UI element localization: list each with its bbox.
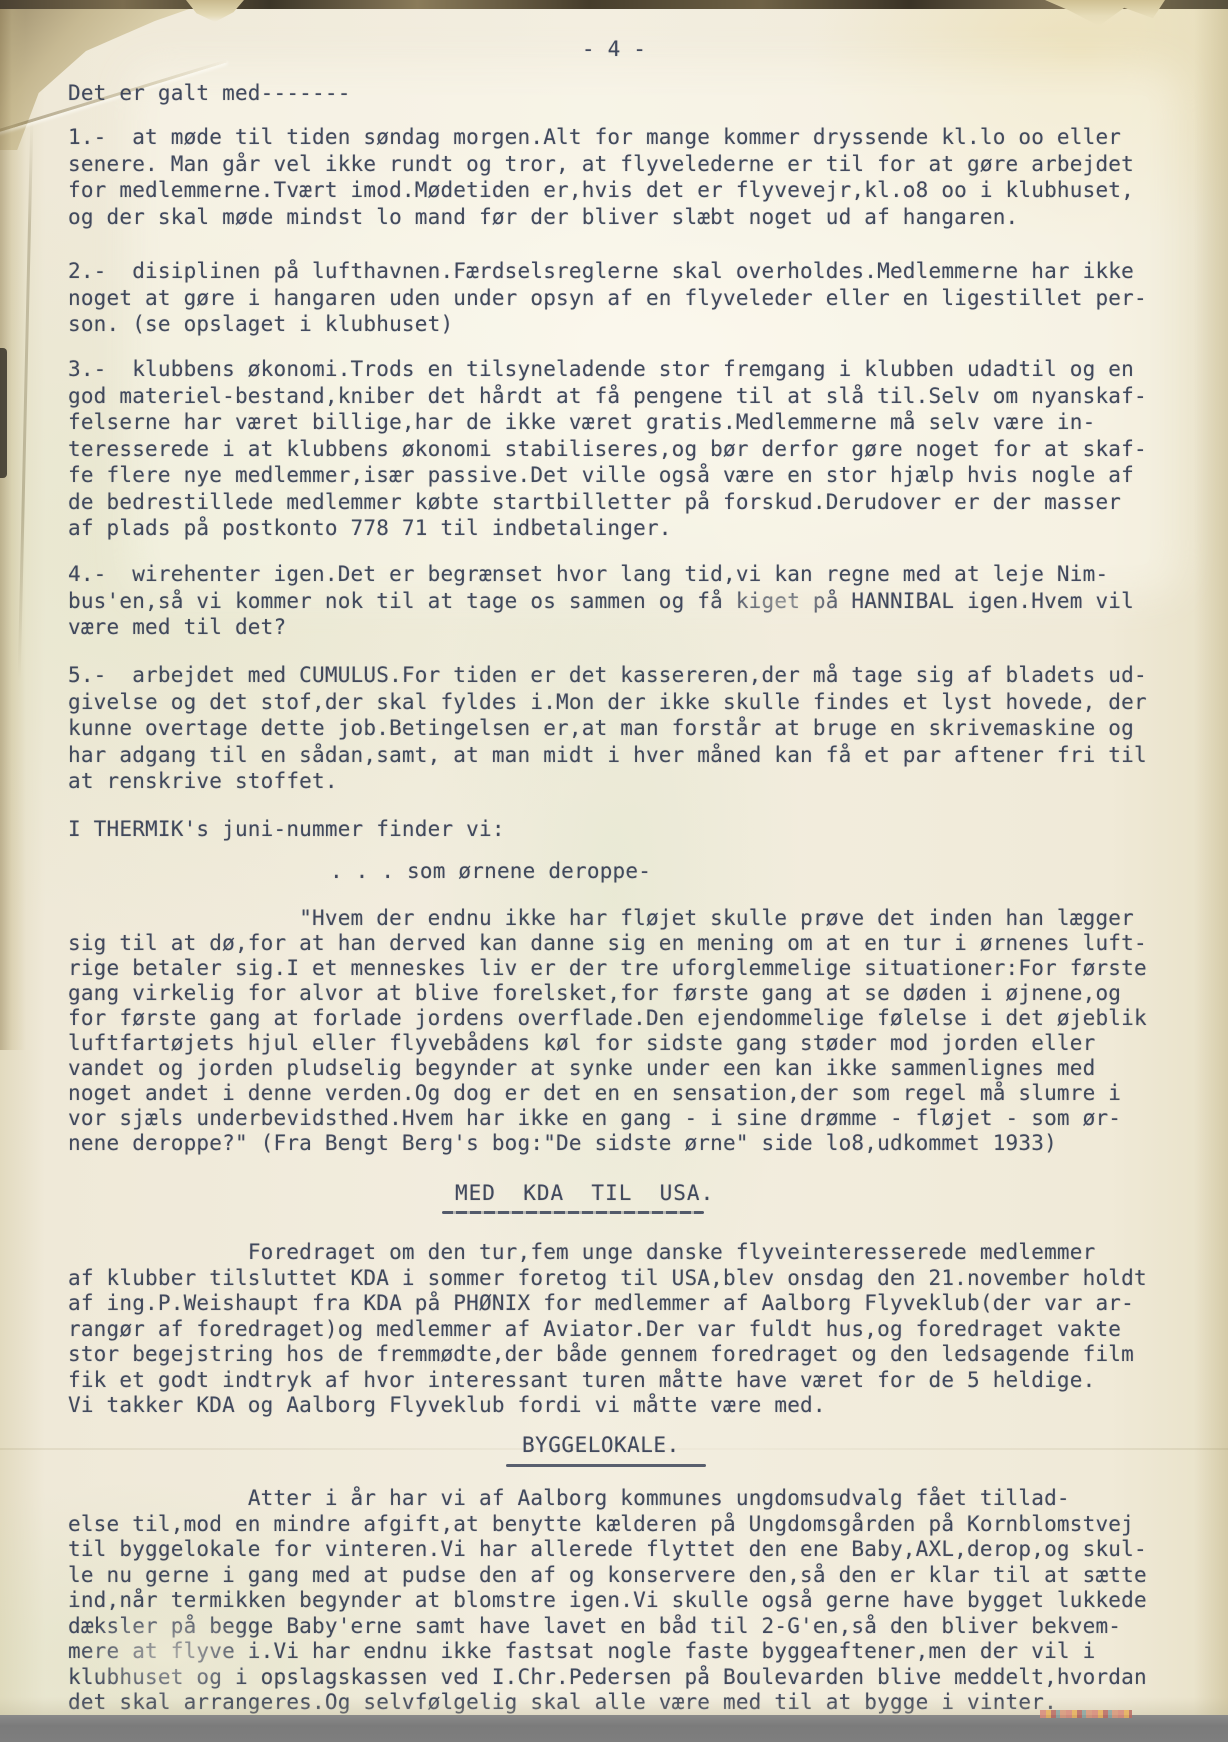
section-body-kda: Foredraget om den tur,fem unge danske fl… [68, 1240, 1208, 1419]
quote-title: . . . som ørnene deroppe- [330, 858, 1228, 885]
page-number: - 4 - [0, 36, 1228, 63]
thermik-intro-line: I THERMIK's juni-nummer finder vi: [68, 816, 1208, 843]
scan-shadow-sliver [0, 348, 7, 478]
intro-heading: Det er galt med------- [68, 80, 1208, 107]
complaint-item-5: 5.- arbejdet med CUMULUS.For tiden er de… [68, 662, 1208, 795]
quote-body: "Hvem der endnu ikke har fløjet skulle p… [68, 906, 1208, 1156]
section-body-byggelokale: Atter i år har vi af Aalborg kommunes un… [68, 1486, 1208, 1716]
heading-underline-byggelokale [506, 1464, 706, 1467]
section-heading-byggelokale: BYGGELOKALE. [522, 1432, 1228, 1459]
section-heading-kda: MED KDA TIL USA. [455, 1180, 1228, 1207]
scan-color-artifact [1040, 1710, 1132, 1718]
scanned-document-page: - 4 - Det er galt med------- 1.- at møde… [0, 0, 1228, 1742]
complaint-item-4: 4.- wirehenter igen.Det er begrænset hvo… [68, 561, 1208, 641]
complaint-item-3: 3.- klubbens økonomi.Trods en tilsynelad… [68, 356, 1208, 542]
heading-underline-kda [442, 1211, 704, 1214]
complaint-item-1: 1.- at møde til tiden søndag morgen.Alt … [68, 124, 1208, 230]
complaint-item-2: 2.- disiplinen på lufthavnen.Færdselsreg… [68, 258, 1208, 338]
scanner-band [0, 1715, 1228, 1742]
torn-edge-top [0, 0, 1228, 9]
